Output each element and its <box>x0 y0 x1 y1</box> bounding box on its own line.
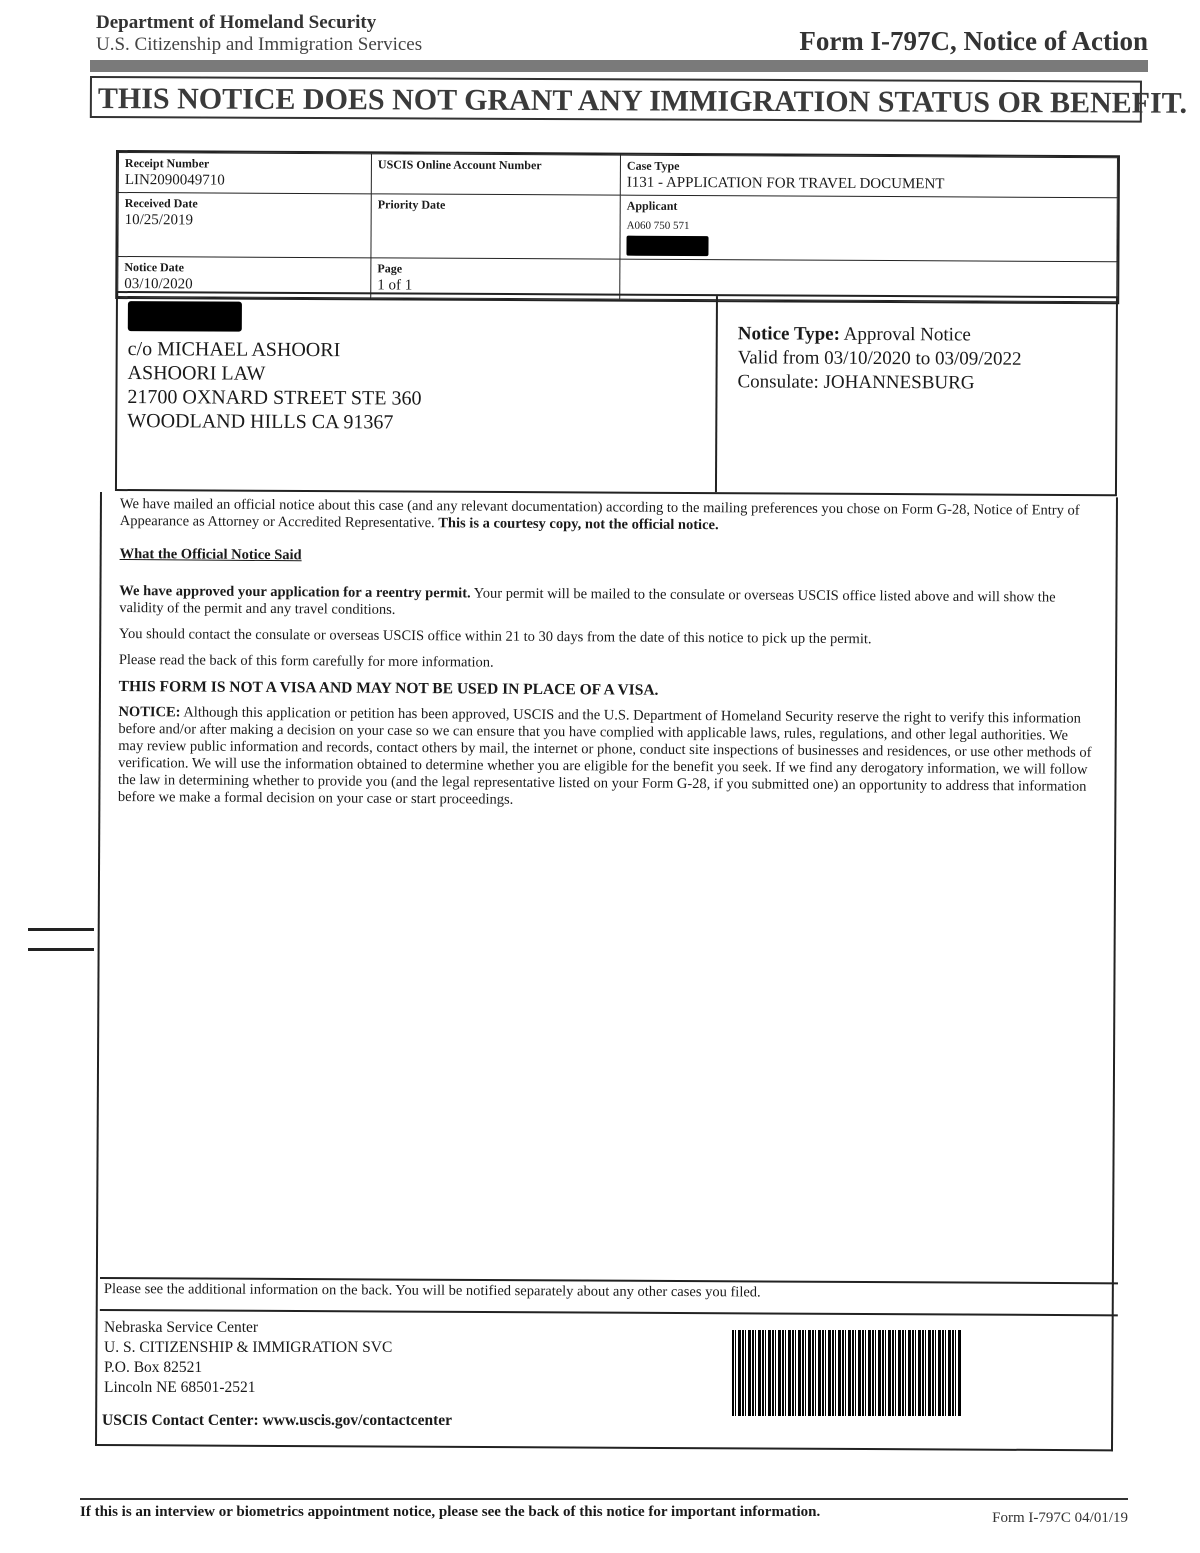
verification-notice: NOTICE: Although this application or pet… <box>118 704 1094 813</box>
received-date-cell: Received Date 10/25/2019 <box>118 193 371 258</box>
received-date: 10/25/2019 <box>125 212 365 230</box>
address-notice-box: c/o MICHAEL ASHOORI ASHOORI LAW 21700 OX… <box>115 291 1118 496</box>
header-divider <box>90 60 1148 72</box>
contact-center: USCIS Contact Center: www.uscis.gov/cont… <box>102 1412 452 1430</box>
applicant-number: A060 750 571 <box>627 220 1111 235</box>
online-account-cell: USCIS Online Account Number <box>371 154 620 195</box>
online-account-number <box>378 173 614 174</box>
approval-paragraph: We have approved your application for a … <box>119 583 1094 624</box>
applicant-label: Applicant <box>627 199 1111 217</box>
notice-type-label: Notice Type: <box>738 323 840 345</box>
notice-date-label: Notice Date <box>124 260 364 276</box>
applicant-cell: Applicant A060 750 571 <box>620 195 1117 262</box>
case-type-label: Case Type <box>627 159 1111 177</box>
address-line: ASHOORI LAW <box>128 361 706 388</box>
barcode <box>732 1330 962 1416</box>
service-center-line: Nebraska Service Center <box>104 1318 392 1338</box>
validity-period: Valid from 03/10/2020 to 03/09/2022 <box>738 346 1022 371</box>
recipient-address: c/o MICHAEL ASHOORI ASHOORI LAW 21700 OX… <box>117 293 718 492</box>
agency-header: Department of Homeland Security U.S. Cit… <box>96 12 422 56</box>
read-back-paragraph: Please read the back of this form carefu… <box>119 652 1094 676</box>
form-title: Form I-797C, Notice of Action <box>799 26 1148 57</box>
address-line: 21700 OXNARD STREET STE 360 <box>127 385 705 412</box>
pickup-paragraph: You should contact the consulate or over… <box>119 626 1094 650</box>
consulate: Consulate: JOHANNESBURG <box>737 370 1021 395</box>
received-date-label: Received Date <box>125 196 365 212</box>
status-banner: THIS NOTICE DOES NOT GRANT ANY IMMIGRATI… <box>90 76 1142 123</box>
margin-mark <box>28 928 94 931</box>
redacted-name <box>626 236 708 256</box>
redacted-recipient <box>128 301 242 332</box>
case-type: I131 - APPLICATION FOR TRAVEL DOCUMENT <box>627 175 1111 195</box>
notice-details: Notice Type: Approval Notice Valid from … <box>737 322 1021 395</box>
footer-divider <box>80 1498 1128 1500</box>
case-type-cell: Case Type I131 - APPLICATION FOR TRAVEL … <box>620 155 1117 198</box>
not-visa-warning: THIS FORM IS NOT A VISA AND MAY NOT BE U… <box>119 678 1094 702</box>
notice-type: Approval Notice <box>844 324 971 346</box>
form-identifier: Form I-797C 04/01/19 <box>992 1510 1128 1527</box>
section-heading: What the Official Notice Said <box>120 546 1095 570</box>
online-account-label: USCIS Online Account Number <box>378 157 614 173</box>
service-center-line: U. S. CITIZENSHIP & IMMIGRATION SVC <box>104 1338 392 1358</box>
notice-body: We have mailed an official notice about … <box>118 496 1095 822</box>
priority-date-label: Priority Date <box>378 197 614 213</box>
address-line: c/o MICHAEL ASHOORI <box>128 337 706 364</box>
page-label: Page <box>377 261 613 277</box>
courtesy-paragraph: We have mailed an official notice about … <box>120 496 1095 537</box>
footer-note: If this is an interview or biometrics ap… <box>80 1504 820 1521</box>
margin-mark <box>28 948 94 951</box>
service-center-line: Lincoln NE 68501-2521 <box>104 1378 392 1398</box>
department-name: Department of Homeland Security <box>96 12 422 34</box>
agency-name: U.S. Citizenship and Immigration Service… <box>96 34 422 56</box>
priority-date-cell: Priority Date <box>371 194 620 259</box>
see-back-note: Please see the additional information on… <box>100 1277 1118 1316</box>
priority-date <box>378 213 614 214</box>
service-center-address: Nebraska Service Center U. S. CITIZENSHI… <box>104 1318 392 1398</box>
address-line: WOODLAND HILLS CA 91367 <box>127 409 705 436</box>
receipt-number: LIN2090049710 <box>125 172 365 190</box>
receipt-number-label: Receipt Number <box>125 156 365 172</box>
service-center-line: P.O. Box 82521 <box>104 1358 392 1378</box>
case-info-grid: Receipt Number LIN2090049710 USCIS Onlin… <box>115 150 1120 304</box>
receipt-number-cell: Receipt Number LIN2090049710 <box>118 153 371 194</box>
